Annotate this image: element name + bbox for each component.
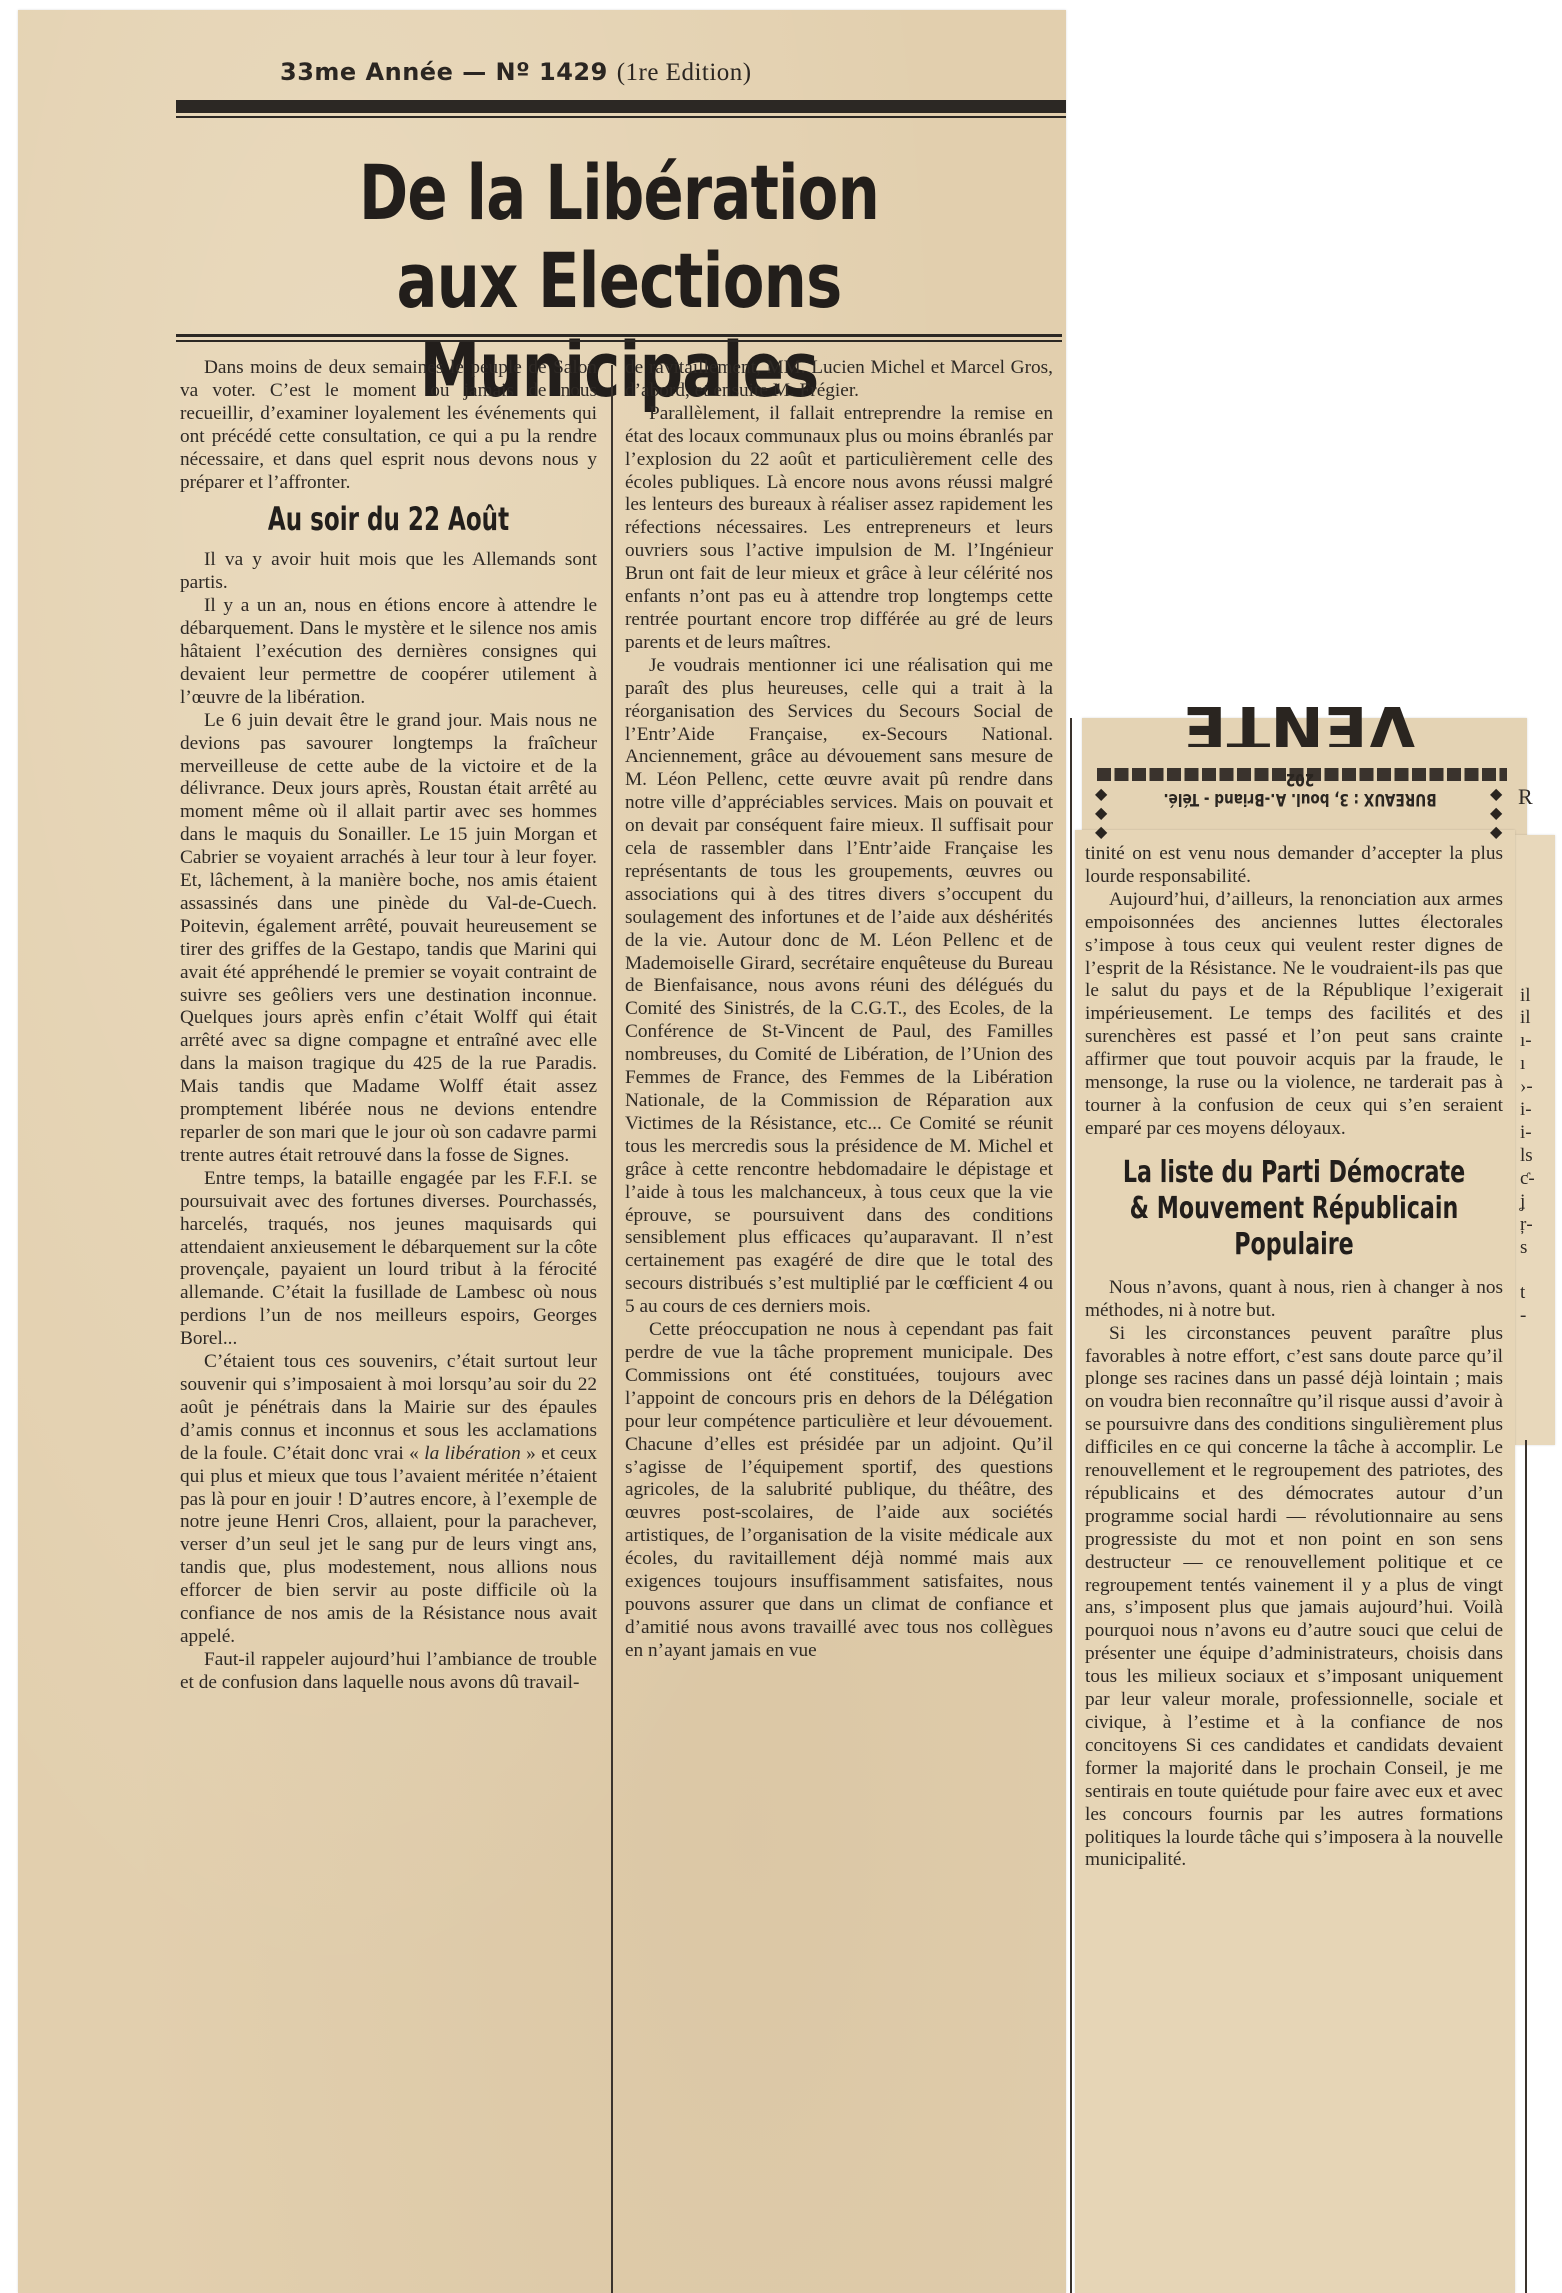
diamond-icon: ◆ — [1490, 822, 1502, 841]
masthead-rule-thin — [176, 116, 1066, 118]
edge-fragment-line: s — [1520, 1237, 1560, 1260]
edge-fragment-line — [1520, 893, 1560, 916]
diamond-icon: ◆ — [1095, 803, 1107, 822]
edge-fragment-line: t — [1520, 1282, 1560, 1305]
diamond-icon: ◆ — [1095, 822, 1107, 841]
headline-line-1: De la Libération — [273, 148, 964, 237]
paragraph: Si les circonstances peuvent paraître pl… — [1085, 1323, 1503, 1873]
diamond-icon: ◆ — [1095, 784, 1107, 803]
edge-fragment-line: ʝ — [1520, 1191, 1560, 1214]
edge-letter-fragment: R — [1518, 784, 1533, 810]
edge-fragment-line — [1520, 939, 1560, 962]
italic-phrase: la libération — [424, 1443, 521, 1464]
edge-fragment-line — [1520, 962, 1560, 985]
paragraph: Entre temps, la bataille engagée par les… — [180, 1168, 597, 1351]
diamond-icon: ◆ — [1490, 784, 1502, 803]
paragraph: Parallèlement, il fallait entreprendre l… — [625, 403, 1053, 655]
edge-fragment-line: - — [1520, 1305, 1560, 1328]
paragraph: Il va y avoir huit mois que les Allemand… — [180, 549, 597, 595]
diamond-bullets-right: ◆ ◆ ◆ — [1490, 784, 1502, 841]
column-divider — [1070, 718, 1072, 2293]
diamond-bullets-left: ◆ ◆ ◆ — [1095, 784, 1107, 841]
paragraph: Le 6 juin devait être le grand jour. Mai… — [180, 710, 597, 1168]
edge-fragment-line: ƈ- — [1520, 1168, 1560, 1191]
headline-rule-top — [176, 334, 1062, 337]
edge-fragment-line: ls — [1520, 1145, 1560, 1168]
subheading-au-soir-du-22-aout: Au soir du 22 Août — [238, 508, 538, 531]
edge-text-fragments: ililı-ı›-i-i-lsƈ-ʝŗ-s t- — [1520, 870, 1560, 1328]
edge-fragment-line: i- — [1520, 1122, 1560, 1145]
column-divider — [1525, 1440, 1527, 2293]
paragraph: tinité on est venu nous demander d’accep… — [1085, 843, 1503, 889]
paragraph: Cette préoccupation ne nous à cependant … — [625, 1319, 1053, 1663]
edition-label: (1re Edition) — [617, 59, 752, 86]
masthead-rule-thick — [176, 100, 1066, 113]
edge-fragment-line: ›- — [1520, 1076, 1560, 1099]
intro-paragraph: Dans moins de deux semaines le peuple de… — [180, 357, 597, 494]
headline-rule-bottom — [176, 340, 1062, 342]
paragraph: Aujourd’hui, d’ailleurs, la renonciation… — [1085, 889, 1503, 1141]
edge-fragment-line: ŗ- — [1520, 1214, 1560, 1237]
edge-fragment-line — [1520, 1259, 1560, 1282]
edge-fragment-line — [1520, 870, 1560, 893]
column-divider — [611, 365, 613, 2293]
subheading-liste-parti-democrate: La liste du Parti Démocrate & Mouvement … — [1110, 1155, 1479, 1263]
bureaux-address-upside-down: BUREAUX : 3, boul. A.-Briand - Télé. 202 — [1148, 785, 1452, 809]
diamond-icon: ◆ — [1490, 803, 1502, 822]
article-column-3: tinité on est venu nous demander d’accep… — [1085, 843, 1503, 1872]
issue-number-line: 33me Année — Nº 1429 (1re Edition) — [280, 58, 900, 87]
edge-fragment-line: i- — [1520, 1099, 1560, 1122]
paragraph: Je voudrais mentionner ici une réalisati… — [625, 655, 1053, 1319]
paragraph: Faut-il rappeler aujourd’hui l’ambiance … — [180, 1649, 597, 1695]
edge-fragment-line: ı- — [1520, 1030, 1560, 1053]
paragraph: Il y a un an, nous en étions encore à at… — [180, 595, 597, 710]
edge-fragment-line — [1520, 916, 1560, 939]
vente-upside-down-heading: VENTE — [1100, 707, 1500, 747]
edge-fragment-line: il — [1520, 985, 1560, 1008]
paragraph: de ravitaillement, MM. Lucien Michel et … — [625, 357, 1053, 403]
paragraph: Nous n’avons, quant à nous, rien à chang… — [1085, 1277, 1503, 1323]
text-run: » et ceux qui plus et mieux que tous l’a… — [180, 1443, 597, 1647]
edge-fragment-line: ı — [1520, 1053, 1560, 1076]
edge-fragment-line: il — [1520, 1007, 1560, 1030]
article-column-1: Dans moins de deux semaines le peuple de… — [180, 357, 597, 1695]
paragraph: C’étaient tous ces souvenirs, c’était su… — [180, 1351, 597, 1649]
article-column-2: de ravitaillement, MM. Lucien Michel et … — [625, 357, 1053, 1663]
issue-prefix: 33me Année — Nº 1429 — [280, 58, 608, 86]
